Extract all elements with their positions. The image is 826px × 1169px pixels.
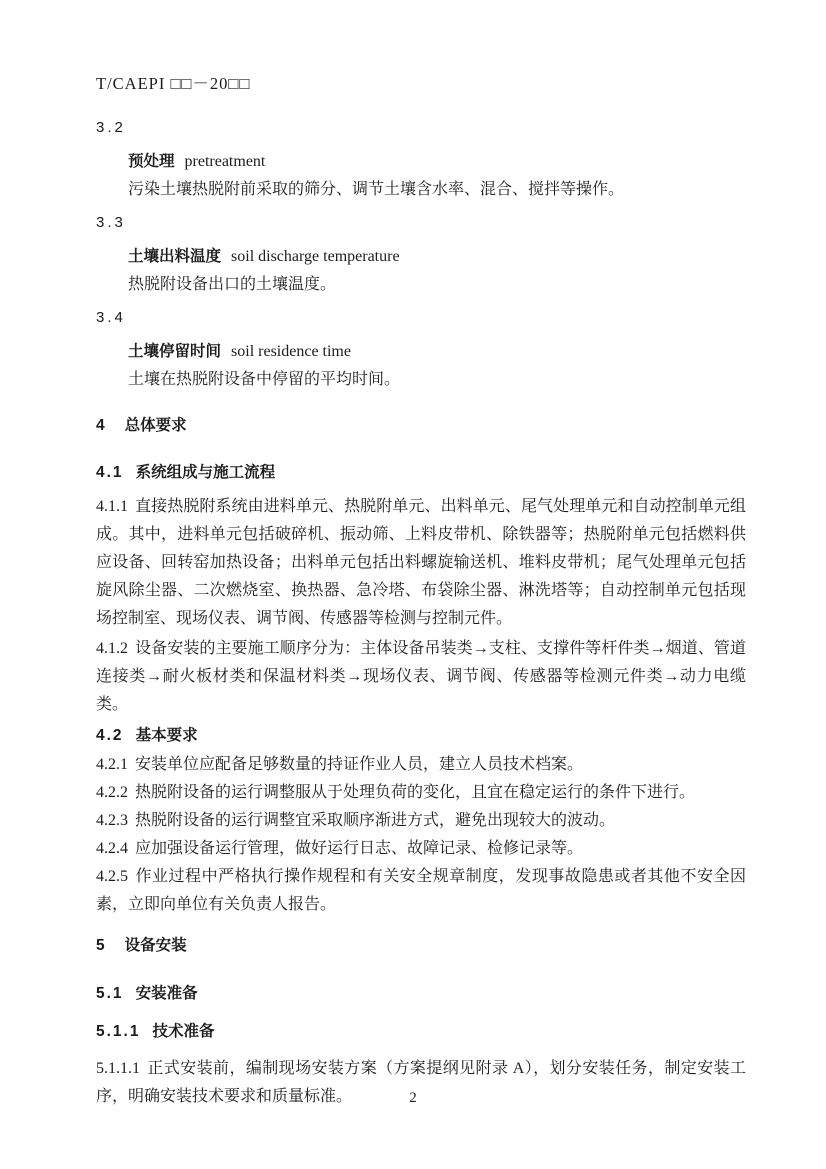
heading-number: 5 — [96, 937, 107, 954]
chapter-heading-4: 4总体要求 — [96, 415, 746, 437]
term-section-3-3: 3.3 土壤出料温度soil discharge temperature 热脱附… — [96, 214, 746, 296]
clause-text: 热脱附设备的运行调整宜采取顺序渐进方式，避免出现较大的波动。 — [135, 812, 615, 829]
term-section-3-2: 3.2 预处理pretreatment 污染土壤热脱附前采取的筛分、调节土壤含水… — [96, 119, 746, 201]
section-heading-5-1: 5.1安装准备 — [96, 983, 746, 1005]
term-english: soil residence time — [231, 343, 351, 360]
term-chinese: 土壤停留时间 — [128, 343, 221, 360]
clause-number: 4.1.1 — [96, 498, 128, 515]
heading-title: 系统组成与施工流程 — [136, 464, 276, 481]
heading-title: 设备安装 — [125, 937, 187, 954]
page-number: 2 — [0, 1088, 826, 1108]
term-number: 3.4 — [96, 309, 746, 327]
clause-text: 作业过程中严格执行操作规程和有关安全规章制度，发现事故隐患或者其他不安全因素，立… — [96, 868, 746, 913]
section-heading-4-2: 4.2基本要求 — [96, 725, 746, 747]
clause-text: 应加强设备运行管理，做好运行日志、故障记录、检修记录等。 — [135, 840, 583, 857]
clause-4-1-2: 4.1.2设备安装的主要施工顺序分为：主体设备吊装类→支柱、支撑件等杆件类→烟道… — [96, 635, 746, 719]
term-title: 预处理pretreatment — [96, 151, 746, 173]
document-code: T/CAEPI □□－20□□ — [96, 74, 746, 94]
clause-number: 4.2.1 — [96, 756, 128, 773]
clause-4-2-2: 4.2.2热脱附设备的运行调整服从于处理负荷的变化，且宜在稳定运行的条件下进行。 — [96, 779, 746, 807]
clause-4-2-4: 4.2.4应加强设备运行管理，做好运行日志、故障记录、检修记录等。 — [96, 835, 746, 863]
clause-number: 4.2.3 — [96, 812, 128, 829]
term-chinese: 预处理 — [128, 153, 175, 170]
term-definition: 热脱附设备出口的土壤温度。 — [96, 274, 746, 296]
chapter-heading-5: 5设备安装 — [96, 935, 746, 957]
clause-text: 设备安装的主要施工顺序分为：主体设备吊装类→支柱、支撑件等杆件类→烟道、管道连接… — [96, 640, 746, 713]
clause-4-1-1: 4.1.1直接热脱附系统由进料单元、热脱附单元、出料单元、尾气处理单元和自动控制… — [96, 493, 746, 633]
heading-number: 5.1 — [96, 985, 124, 1002]
term-number: 3.3 — [96, 214, 746, 232]
term-definition: 污染土壤热脱附前采取的筛分、调节土壤含水率、混合、搅拌等操作。 — [96, 179, 746, 201]
clause-text: 直接热脱附系统由进料单元、热脱附单元、出料单元、尾气处理单元和自动控制单元组成。… — [96, 498, 746, 627]
term-english: pretreatment — [185, 153, 266, 170]
clause-number: 5.1.1.1 — [96, 1060, 140, 1077]
term-chinese: 土壤出料温度 — [128, 248, 221, 265]
term-title: 土壤出料温度soil discharge temperature — [96, 246, 746, 268]
term-number: 3.2 — [96, 119, 746, 137]
section-heading-4-1: 4.1系统组成与施工流程 — [96, 462, 746, 484]
document-page: T/CAEPI □□－20□□ 3.2 预处理pretreatment 污染土壤… — [0, 0, 826, 1169]
heading-number: 5.1.1 — [96, 1023, 140, 1040]
clause-4-2-5: 4.2.5作业过程中严格执行操作规程和有关安全规章制度，发现事故隐患或者其他不安… — [96, 863, 746, 919]
clause-group-4-2: 4.2.1安装单位应配备足够数量的持证作业人员，建立人员技术档案。 4.2.2热… — [96, 751, 746, 919]
heading-number: 4 — [96, 417, 107, 434]
heading-title: 总体要求 — [125, 417, 187, 434]
heading-title: 基本要求 — [136, 727, 198, 744]
heading-title: 安装准备 — [136, 985, 198, 1002]
clause-number: 4.2.2 — [96, 784, 128, 801]
clause-number: 4.2.4 — [96, 840, 128, 857]
clause-4-2-1: 4.2.1安装单位应配备足够数量的持证作业人员，建立人员技术档案。 — [96, 751, 746, 779]
clause-text: 安装单位应配备足够数量的持证作业人员，建立人员技术档案。 — [135, 756, 583, 773]
section-heading-5-1-1: 5.1.1技术准备 — [96, 1021, 746, 1043]
clause-text: 热脱附设备的运行调整服从于处理负荷的变化，且宜在稳定运行的条件下进行。 — [135, 784, 695, 801]
heading-number: 4.2 — [96, 727, 124, 744]
term-english: soil discharge temperature — [231, 248, 400, 265]
term-definition: 土壤在热脱附设备中停留的平均时间。 — [96, 369, 746, 391]
heading-title: 技术准备 — [152, 1023, 214, 1040]
heading-number: 4.1 — [96, 464, 124, 481]
clause-4-2-3: 4.2.3热脱附设备的运行调整宜采取顺序渐进方式，避免出现较大的波动。 — [96, 807, 746, 835]
clause-number: 4.1.2 — [96, 640, 128, 657]
clause-number: 4.2.5 — [96, 868, 128, 885]
term-section-3-4: 3.4 土壤停留时间soil residence time 土壤在热脱附设备中停… — [96, 309, 746, 391]
term-title: 土壤停留时间soil residence time — [96, 341, 746, 363]
